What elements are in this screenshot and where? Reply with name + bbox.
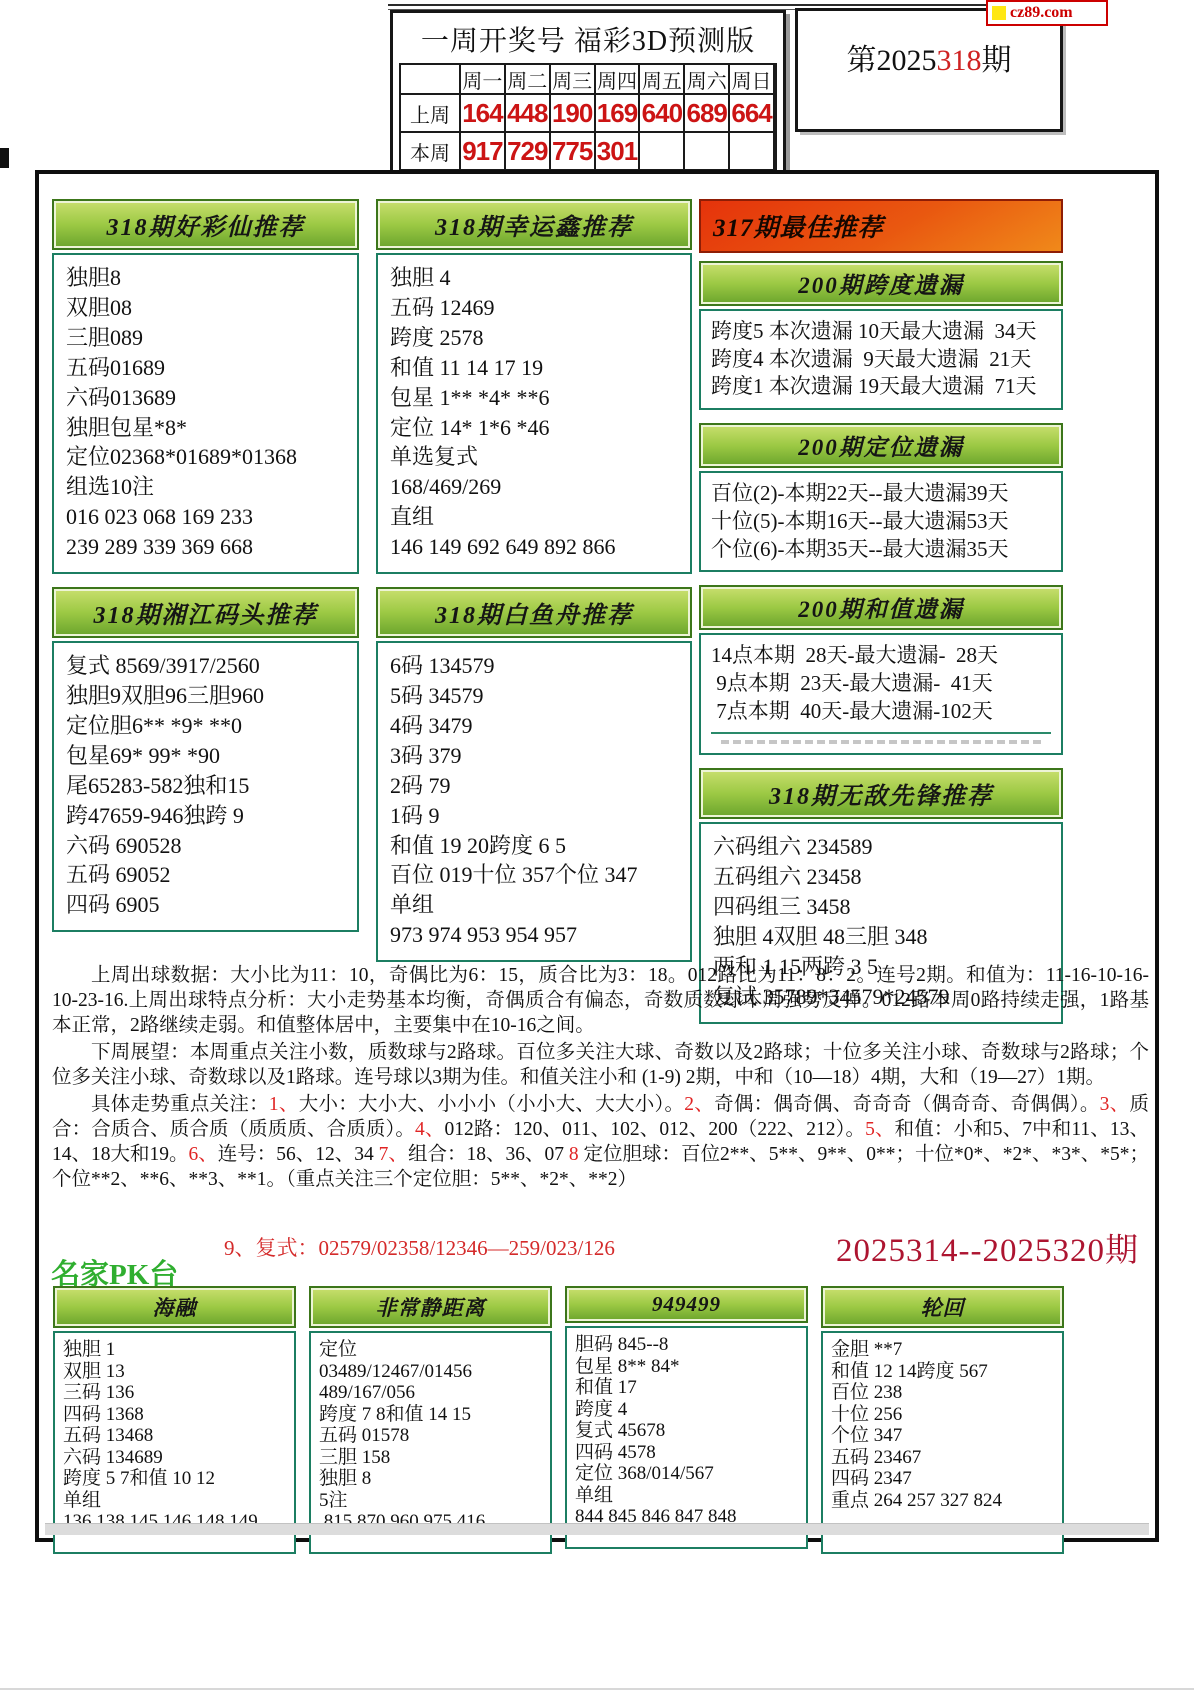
analysis-segment: 奇偶：偶奇偶、奇奇奇（偶奇奇、奇偶偶）。	[714, 1094, 1100, 1115]
box-line: 3码 379	[390, 741, 678, 771]
row-label-lastweek: 上周	[401, 95, 461, 133]
box-line: 百位 019十位 357个位 347	[390, 860, 678, 890]
site-logo[interactable]: cz89.com	[986, 0, 1108, 26]
box-line: 四码 4578	[575, 1442, 798, 1464]
draw-number-cell: 917	[461, 133, 506, 171]
analysis-segment: 3、	[1100, 1094, 1130, 1115]
box-body: 独胆8双胆08三胆089五码01689六码013689独胆包星*8*定位0236…	[52, 253, 359, 574]
page: 一周开奖号 福彩3D预测版 周一周二周三周四周五周六周日 上周 16444819…	[0, 0, 1194, 1697]
analysis-paragraph-2: 下周展望：本周重点关注小数，质数球与2路球。百位多关注大球、奇数以及2路球；十位…	[52, 1041, 1149, 1091]
box-line: 复式 8569/3917/2560	[66, 651, 345, 681]
analysis-segment: 5、	[865, 1119, 895, 1140]
top-divider-line	[388, 4, 1064, 6]
box-line: 五码 23467	[831, 1447, 1054, 1469]
recommend-box-haocaixian: 318期好彩仙推荐 独胆8双胆08三胆089五码01689六码013689独胆包…	[52, 199, 359, 574]
box-header: 318期好彩仙推荐	[52, 199, 359, 250]
box-line: 5注	[319, 1490, 542, 1512]
box-body: 跨度5 本次遗漏 10天最大遗漏 34天跨度4 本次遗漏 9天最大遗漏 21天跨…	[699, 309, 1063, 410]
box-line: 包星 8** 84*	[575, 1356, 798, 1378]
box-line: 金胆 **7	[831, 1339, 1054, 1361]
box-line: 五码01689	[66, 353, 345, 383]
main-board: 318期好彩仙推荐 独胆8双胆08三胆089五码01689六码013689独胆包…	[35, 170, 1159, 1542]
box-line: 个位(6)-本期35天--最大遗漏35天	[711, 536, 1051, 564]
box-line: 14点本期 28天-最大遗漏- 28天	[711, 642, 1051, 670]
box-line: 五码 12469	[390, 293, 678, 323]
box-line: 四码组三 3458	[713, 892, 1049, 922]
box-line: 四码 2347	[831, 1468, 1054, 1490]
draw-number-cell: 169	[596, 95, 641, 133]
box-line: 489/167/056	[319, 1382, 542, 1404]
issue-number: 318	[937, 44, 982, 77]
day-header-cell: 周三	[551, 65, 596, 95]
analysis-segment: 8	[569, 1144, 584, 1165]
box-line: 双胆08	[66, 293, 345, 323]
box-header: 200期跨度遗漏	[699, 261, 1063, 306]
pk-box-header: 非常静距离	[309, 1286, 552, 1328]
box-line: 独胆 4双胆 48三胆 348	[713, 922, 1049, 952]
pk-box-feichangjingjuli: 非常静距离 定位03489/12467/01456489/167/056跨度 7…	[309, 1286, 552, 1554]
draw-number-cell: 640	[640, 95, 685, 133]
box-line: 四码 1368	[63, 1404, 286, 1426]
box-line: 跨度 5 7和值 10 12	[63, 1468, 286, 1490]
box-line: 146 149 692 649 892 866	[390, 532, 678, 562]
box-line: 跨度1 本次遗漏 19天最大遗漏 71天	[711, 373, 1051, 401]
box-line: 03489/12467/01456	[319, 1361, 542, 1383]
box-line: 定位02368*01689*01368	[66, 442, 345, 472]
weekly-draw-title: 一周开奖号 福彩3D预测版	[393, 13, 783, 63]
recommend-box-xiangjiang: 318期湘江码头推荐 复式 8569/3917/2560独胆9双胆96三胆960…	[52, 587, 359, 932]
day-header-cell: 周五	[640, 65, 685, 95]
box-line: 和值 11 14 17 19	[390, 353, 678, 383]
box-line: 双胆 13	[63, 1361, 286, 1383]
box-line: 定位胆6** *9* **0	[66, 711, 345, 741]
box-line: 9点本期 23天-最大遗漏- 41天	[711, 670, 1051, 698]
analysis-segment: 7、	[379, 1144, 408, 1165]
draw-number-cell: 664	[730, 95, 775, 133]
box-line: 单组	[390, 890, 678, 920]
box-body: 独胆 4五码 12469跨度 2578和值 11 14 17 19包星 1** …	[376, 253, 692, 574]
pk-box-header: 海融	[53, 1286, 296, 1328]
box-line: 个位 347	[831, 1425, 1054, 1447]
analysis-segment: 2、	[684, 1094, 714, 1115]
day-header-cell: 周二	[506, 65, 551, 95]
box-line: 独胆 8	[319, 1468, 542, 1490]
box-line: 2码 79	[390, 771, 678, 801]
box-line: 六码组六 234589	[713, 832, 1049, 862]
logo-yellow-square-icon	[992, 6, 1006, 20]
analysis-segment: 4、	[415, 1119, 445, 1140]
box-line: 胆码 845--8	[575, 1334, 798, 1356]
box-line: 三胆 158	[319, 1447, 542, 1469]
box-line: 单组	[63, 1490, 286, 1512]
box-line: 五码 69052	[66, 860, 345, 890]
issue-prefix: 第2025	[847, 44, 937, 77]
box-body: 复式 8569/3917/2560独胆9双胆96三胆960定位胆6** *9* …	[52, 641, 359, 932]
box-line: 十位 256	[831, 1404, 1054, 1426]
issue-suffix: 期	[982, 44, 1012, 77]
box-line: 跨度 2578	[390, 323, 678, 353]
box-line: 5码 34579	[390, 681, 678, 711]
pk-box-hairong: 海融 独胆 1双胆 13三码 136四码 1368五码 13468六码 1346…	[53, 1286, 296, 1554]
page-bottom-line	[0, 1688, 1194, 1690]
table-corner-cell	[401, 65, 461, 95]
divider-line	[711, 732, 1051, 734]
box-line: 定位 368/014/567	[575, 1463, 798, 1485]
box-line: 六码013689	[66, 383, 345, 413]
logo-text: cz89.com	[1010, 4, 1073, 22]
box-line: 独胆包星*8*	[66, 413, 345, 443]
draw-number-cell: 190	[551, 95, 596, 133]
box-line: 跨度 7 8和值 14 15	[319, 1404, 542, 1426]
box-line: 973 974 953 954 957	[390, 920, 678, 950]
box-header: 318期幸运鑫推荐	[376, 199, 692, 250]
box-line: 和值 17	[575, 1377, 798, 1399]
draw-number-cell: 729	[506, 133, 551, 171]
day-header-cell: 周四	[596, 65, 641, 95]
box-line: 独胆 1	[63, 1339, 286, 1361]
box-line: 单选复式	[390, 442, 678, 472]
pk-box-lunhui: 轮回 金胆 **7和值 12 14跨度 567百位 238十位 256个位 34…	[821, 1286, 1064, 1554]
box-line: 168/469/269	[390, 472, 678, 502]
pk-row: 海融 独胆 1双胆 13三码 136四码 1368五码 13468六码 1346…	[53, 1286, 1064, 1554]
box-line: 跨47659-946独跨 9	[66, 801, 345, 831]
analysis-paragraph-3: 具体走势重点关注：1、大小：大小大、小小小（小小大、大大小）。2、奇偶：偶奇偶、…	[52, 1093, 1149, 1193]
draw-number-cell	[730, 133, 775, 171]
analysis-segment: 具体走势重点关注：	[91, 1094, 269, 1115]
left-edge-mark	[0, 148, 9, 168]
cutoff-dashes	[721, 740, 1041, 744]
box-line: 包星 1** *4* **6	[390, 383, 678, 413]
analysis-segment: 组合：18、36、07	[408, 1144, 569, 1165]
box-header: 318期湘江码头推荐	[52, 587, 359, 638]
box-lines: 14点本期 28天-最大遗漏- 28天 9点本期 23天-最大遗漏- 41天 7…	[711, 642, 1051, 725]
box-line: 016 023 068 169 233	[66, 502, 345, 532]
box-line: 和值 12 14跨度 567	[831, 1361, 1054, 1383]
box-line: 五码 01578	[319, 1425, 542, 1447]
box-line: 复式 45678	[575, 1420, 798, 1442]
box-line: 五码 13468	[63, 1425, 286, 1447]
box-line: 尾65283-582独和15	[66, 771, 345, 801]
pk-box-header: 949499	[565, 1286, 808, 1323]
box-line: 重点 264 257 327 824	[831, 1490, 1054, 1512]
box-line: 239 289 339 369 668	[66, 532, 345, 562]
box-line: 跨度4 本次遗漏 9天最大遗漏 21天	[711, 346, 1051, 374]
box-header: 318期白鱼舟推荐	[376, 587, 692, 638]
analysis-segment: 6、	[189, 1144, 218, 1165]
box-line: 4码 3479	[390, 711, 678, 741]
weekly-draw-table: 周一周二周三周四周五周六周日 上周 164448190169640689664 …	[399, 63, 777, 173]
day-header-cell: 周六	[685, 65, 730, 95]
period-range: 2025314--2025320期	[836, 1224, 1139, 1271]
recommend-box-baiyuzhou: 318期白鱼舟推荐 6码 1345795码 345794码 34793码 379…	[376, 587, 692, 962]
analysis-text: 上周出球数据：大小比为11：10，奇偶比为6：15，质合比为3：18。012路比…	[52, 964, 1149, 1195]
omission-box-hezhi: 200期和值遗漏 14点本期 28天-最大遗漏- 28天 9点本期 23天-最大…	[699, 585, 1063, 755]
analysis-segment: 1、	[269, 1094, 299, 1115]
box-header: 318期无敌先锋推荐	[699, 768, 1063, 819]
box-line: 三胆089	[66, 323, 345, 353]
box-line: 定位	[319, 1339, 542, 1361]
draw-number-cell: 689	[685, 95, 730, 133]
recommend-box-xingyunxin: 318期幸运鑫推荐 独胆 4五码 12469跨度 2578和值 11 14 17…	[376, 199, 692, 574]
box-header: 200期和值遗漏	[699, 585, 1063, 630]
box-line: 7点本期 40天-最大遗漏-102天	[711, 698, 1051, 726]
column-left: 318期好彩仙推荐 独胆8双胆08三胆089五码01689六码013689独胆包…	[52, 199, 359, 945]
draw-number-cell	[640, 133, 685, 171]
box-line: 三码 136	[63, 1382, 286, 1404]
pk-box-body: 独胆 1双胆 13三码 136四码 1368五码 13468六码 134689跨…	[53, 1331, 296, 1554]
best-317-header: 317期最佳推荐	[699, 199, 1063, 253]
column-middle: 318期幸运鑫推荐 独胆 4五码 12469跨度 2578和值 11 14 17…	[376, 199, 692, 975]
column-right: 317期最佳推荐 200期跨度遗漏 跨度5 本次遗漏 10天最大遗漏 34天跨度…	[699, 199, 1063, 1037]
analysis-segment: 012路：120、011、102、012、200（222、212）。	[445, 1119, 866, 1140]
box-line: 6码 134579	[390, 651, 678, 681]
box-line: 百位 238	[831, 1382, 1054, 1404]
omission-box-dingwei: 200期定位遗漏 百位(2)-本期22天--最大遗漏39天十位(5)-本期16天…	[699, 423, 1063, 572]
draw-number-cell: 448	[506, 95, 551, 133]
pk-box-body: 胆码 845--8包星 8** 84*和值 17跨度 4复式 45678四码 4…	[565, 1326, 808, 1549]
draw-number-cell: 775	[551, 133, 596, 171]
box-line: 组选10注	[66, 472, 345, 502]
issue-box: 第2025318期	[795, 8, 1063, 132]
day-header-cell: 周一	[461, 65, 506, 95]
box-line: 四码 6905	[66, 890, 345, 920]
day-header-cell: 周日	[730, 65, 775, 95]
analysis-segment: 大小：大小大、小小小（小小大、大大小）。	[299, 1094, 685, 1115]
pk-box-header: 轮回	[821, 1286, 1064, 1328]
bottom-gray-strip	[45, 1523, 1149, 1535]
box-line: 六码 690528	[66, 831, 345, 861]
box-line: 直组	[390, 502, 678, 532]
pk-box-body: 金胆 **7和值 12 14跨度 567百位 238十位 256个位 347五码…	[821, 1331, 1064, 1554]
analysis-paragraph-1: 上周出球数据：大小比为11：10，奇偶比为6：15，质合比为3：18。012路比…	[52, 964, 1149, 1039]
draw-number-cell: 301	[596, 133, 641, 171]
fushi-line: 9、复式：02579/02358/12346—259/023/126	[224, 1232, 615, 1262]
box-line: 单组	[575, 1485, 798, 1507]
box-line: 和值 19 20跨度 6 5	[390, 831, 678, 861]
pk-box-body: 定位03489/12467/01456489/167/056跨度 7 8和值 1…	[309, 1331, 552, 1554]
row-label-thisweek: 本周	[401, 133, 461, 171]
draw-number-cell	[685, 133, 730, 171]
box-line: 百位(2)-本期22天--最大遗漏39天	[711, 480, 1051, 508]
box-line: 定位 14* 1*6 *46	[390, 413, 678, 443]
box-body: 6码 1345795码 345794码 34793码 3792码 791码 9和…	[376, 641, 692, 962]
box-line: 独胆 4	[390, 263, 678, 293]
box-line: 跨度5 本次遗漏 10天最大遗漏 34天	[711, 318, 1051, 346]
weekly-draw-box: 一周开奖号 福彩3D预测版 周一周二周三周四周五周六周日 上周 16444819…	[390, 10, 786, 184]
box-body: 百位(2)-本期22天--最大遗漏39天十位(5)-本期16天--最大遗漏53天…	[699, 471, 1063, 572]
box-header: 200期定位遗漏	[699, 423, 1063, 468]
box-body: 14点本期 28天-最大遗漏- 28天 9点本期 23天-最大遗漏- 41天 7…	[699, 633, 1063, 755]
box-line: 独胆8	[66, 263, 345, 293]
analysis-segment: 连号：56、12、34	[218, 1144, 379, 1165]
box-line: 十位(5)-本期16天--最大遗漏53天	[711, 508, 1051, 536]
box-line: 跨度 4	[575, 1399, 798, 1421]
box-line: 1码 9	[390, 801, 678, 831]
box-line: 五码组六 23458	[713, 862, 1049, 892]
draw-number-cell: 164	[461, 95, 506, 133]
pk-box-949499: 949499 胆码 845--8包星 8** 84*和值 17跨度 4复式 45…	[565, 1286, 808, 1554]
omission-box-kuadu: 200期跨度遗漏 跨度5 本次遗漏 10天最大遗漏 34天跨度4 本次遗漏 9天…	[699, 261, 1063, 410]
box-line: 包星69* 99* *90	[66, 741, 345, 771]
box-line: 独胆9双胆96三胆960	[66, 681, 345, 711]
box-line: 六码 134689	[63, 1447, 286, 1469]
